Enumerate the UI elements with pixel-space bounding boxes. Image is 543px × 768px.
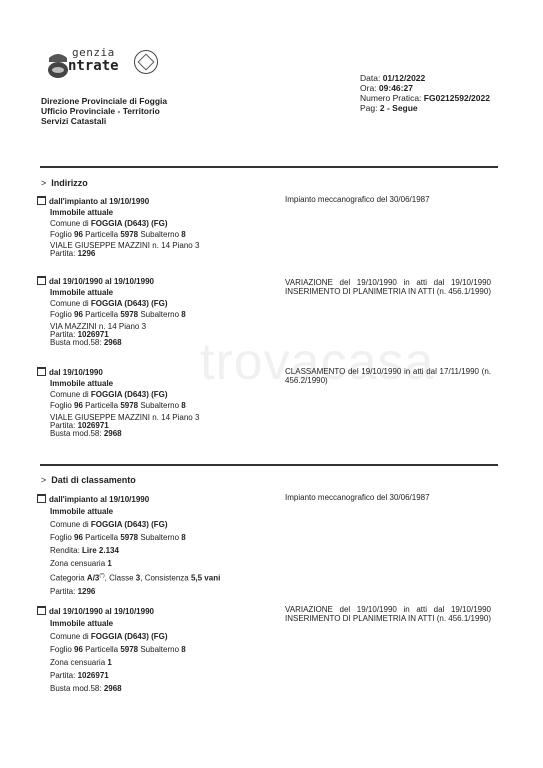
status: Immobile attuale xyxy=(37,505,220,518)
entry-note: VARIAZIONE del 19/10/1990 in atti dal 19… xyxy=(285,606,491,623)
calendar-icon xyxy=(37,196,46,205)
comune: FOGGIA (D643) (FG) xyxy=(91,219,168,228)
logo-text-line2: ntrate xyxy=(68,58,119,74)
calendar-icon xyxy=(37,367,46,376)
period: dal 19/10/1990 al 19/10/1990 xyxy=(49,607,154,616)
chevron-right-icon: > xyxy=(41,178,46,188)
date-label: Data: xyxy=(360,73,380,83)
entry-note: Impianto meccanografico del 30/06/1987 xyxy=(285,494,491,503)
section-title-text: Dati di classamento xyxy=(51,475,136,485)
office-line: Direzione Provinciale di Foggia xyxy=(41,96,167,106)
divider xyxy=(40,166,498,168)
page-label: Pag: xyxy=(360,103,378,113)
address-entry: dal 19/10/1990 Immobile attuale Comune d… xyxy=(37,367,199,438)
office-block: Direzione Provinciale di Foggia Ufficio … xyxy=(41,96,167,126)
office-line: Servizi Catastali xyxy=(41,116,167,126)
status: Immobile attuale xyxy=(37,287,186,298)
chevron-right-icon: > xyxy=(41,475,46,485)
time-value: 09:46:27 xyxy=(379,83,413,93)
status: Immobile attuale xyxy=(37,207,199,218)
period: dal 19/10/1990 xyxy=(49,368,103,377)
address-entry: dall'impianto al 19/10/1990 Immobile att… xyxy=(37,196,199,258)
time-label: Ora: xyxy=(360,83,377,93)
pratica-value: FG0212592/2022 xyxy=(424,93,490,103)
pratica-label: Numero Pratica: xyxy=(360,93,421,103)
section-title-classamento: >Dati di classamento xyxy=(41,475,136,485)
calendar-icon xyxy=(37,276,46,285)
entry-note: VARIAZIONE del 19/10/1990 in atti dal 19… xyxy=(285,279,491,296)
agenzia-entrate-logo: genzia ntrate xyxy=(46,46,156,86)
classamento-entry: dall'impianto al 19/10/1990 Immobile att… xyxy=(37,494,220,598)
logo-emblem-icon xyxy=(46,50,70,80)
classamento-entry: dal 19/10/1990 al 19/10/1990 Immobile at… xyxy=(37,606,186,695)
divider xyxy=(40,464,498,466)
section-title-text: Indirizzo xyxy=(51,178,88,188)
status: Immobile attuale xyxy=(37,378,199,389)
page-value: 2 - Segue xyxy=(380,103,418,113)
status: Immobile attuale xyxy=(37,617,186,630)
rendita: Lire 2.134 xyxy=(82,546,119,555)
office-line: Ufficio Provinciale - Territorio xyxy=(41,106,167,116)
entry-note: Impianto meccanografico del 30/06/1987 xyxy=(285,196,491,205)
period: dall'impianto al 19/10/1990 xyxy=(49,197,149,206)
document-meta: Data: 01/12/2022 Ora: 09:46:27 Numero Pr… xyxy=(360,73,490,113)
date-value: 01/12/2022 xyxy=(383,73,426,83)
section-title-indirizzo: >Indirizzo xyxy=(41,178,88,188)
calendar-icon xyxy=(37,606,46,615)
calendar-icon xyxy=(37,494,46,503)
republic-seal-icon xyxy=(134,50,158,74)
period: dall'impianto al 19/10/1990 xyxy=(49,495,149,504)
entry-note: CLASSAMENTO del 19/10/1990 in atti dal 1… xyxy=(285,368,491,385)
period: dal 19/10/1990 al 19/10/1990 xyxy=(49,277,154,286)
address-entry: dal 19/10/1990 al 19/10/1990 Immobile at… xyxy=(37,276,186,347)
